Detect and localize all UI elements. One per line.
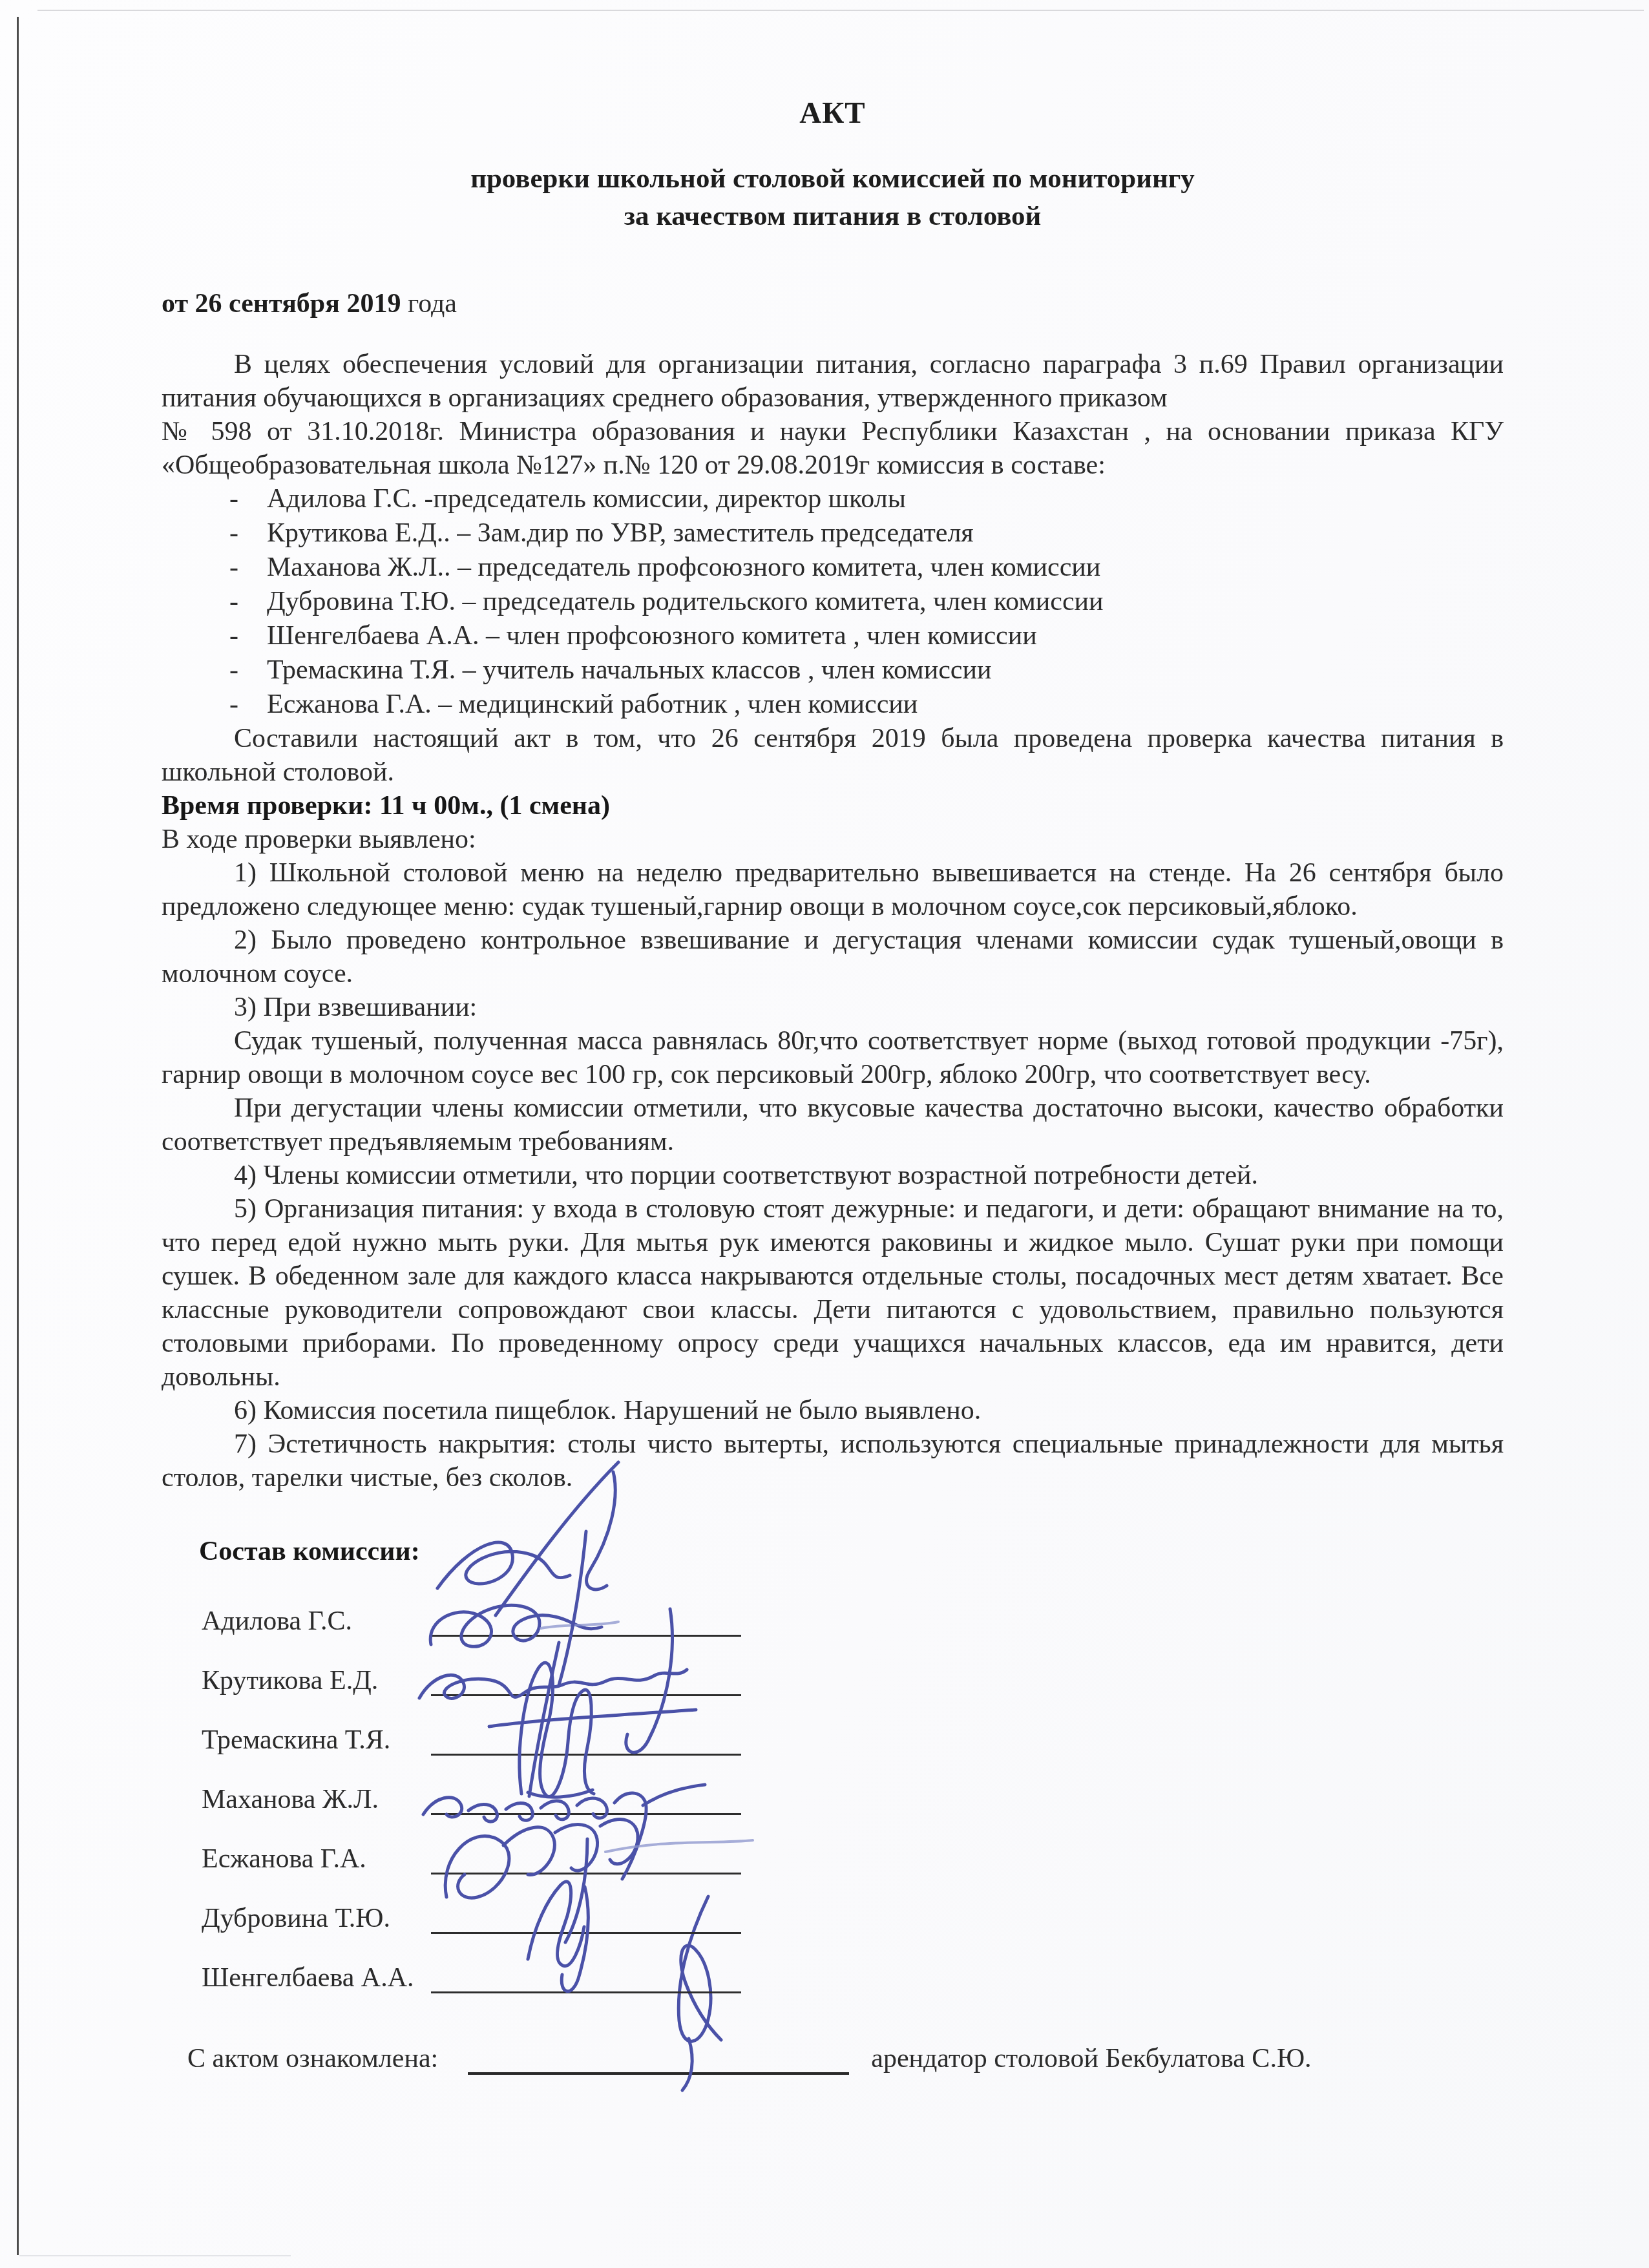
commission-heading: Состав комиссии: — [199, 1536, 1504, 1567]
scan-edge-bottom — [19, 2255, 291, 2256]
date-line: от 26 сентября 2019 года — [162, 288, 1504, 319]
member-dash: - — [162, 482, 267, 516]
signature-line — [431, 1901, 741, 1934]
date-line-bold: от 26 сентября 2019 — [162, 289, 401, 319]
date-line-tail: года — [401, 289, 456, 319]
commission-member-list: - Адилова Г.С. -председатель комиссии, д… — [162, 482, 1504, 722]
check-course-line: В ходе проверки выявлено: — [162, 823, 1504, 856]
acknowledgement-line — [468, 2040, 849, 2075]
finding-paragraph-3a: Судак тушеный, полученная масса равнялас… — [162, 1024, 1504, 1091]
signature-line — [431, 1782, 741, 1815]
commission-member-item: - Тремаскина Т.Я. – учитель начальных кл… — [162, 653, 1504, 688]
commission-member-item: - Крутикова Е.Д.. – Зам.дир по УВР, заме… — [162, 516, 1504, 551]
member-text: Есжанова Г.А. – медицинский работник , ч… — [267, 688, 1504, 722]
signature-line — [431, 1663, 741, 1696]
signatory-name: Адилова Г.С. — [202, 1606, 425, 1637]
signature-line — [431, 1604, 741, 1637]
member-text: Дубровина Т.Ю. – председатель родительск… — [267, 585, 1504, 619]
signature-row-tremaskina: Тремаскина Т.Я. — [202, 1696, 1504, 1756]
member-dash: - — [162, 688, 267, 722]
check-time-line: Время проверки: 11 ч 00м., (1 смена) — [162, 789, 1504, 823]
finding-paragraph-6: 6) Комиссия посетила пищеблок. Нарушений… — [162, 1394, 1504, 1427]
finding-paragraph-2: 2) Было проведено контрольное взвешивани… — [162, 923, 1504, 991]
finding-paragraph-4: 4) Члены комиссии отметили, что порции с… — [162, 1159, 1504, 1192]
commission-member-item: - Есжанова Г.А. – медицинский работник ,… — [162, 688, 1504, 722]
member-dash: - — [162, 551, 267, 585]
member-dash: - — [162, 516, 267, 551]
document-title: АКТ — [162, 96, 1504, 131]
signature-line — [431, 1842, 741, 1874]
member-dash: - — [162, 619, 267, 653]
subtitle-line-1: проверки школьной столовой комиссией по … — [162, 160, 1504, 198]
intro-paragraph-2: № 598 от 31.10.2018г. Министра образован… — [162, 415, 1504, 482]
member-dash: - — [162, 653, 267, 688]
member-text: Шенгелбаева А.А. – член профсоюзного ком… — [267, 619, 1504, 653]
finding-paragraph-5: 5) Организация питания: у входа в столов… — [162, 1192, 1504, 1394]
signature-line — [431, 1960, 741, 1993]
signatory-name: Тремаскина Т.Я. — [202, 1725, 425, 1756]
member-text: Адилова Г.С. -председатель комиссии, дир… — [267, 482, 1504, 516]
document-content: АКТ проверки школьной столовой комиссией… — [162, 0, 1504, 2075]
commission-member-item: - Адилова Г.С. -председатель комиссии, д… — [162, 482, 1504, 516]
scanned-document-page: АКТ проверки школьной столовой комиссией… — [0, 0, 1649, 2268]
document-subtitle: проверки школьной столовой комиссией по … — [162, 160, 1504, 235]
paragraph-sostavili: Составили настоящий акт в том, что 26 се… — [162, 722, 1504, 789]
intro-paragraph-1: В целях обеспечения условий для организа… — [162, 348, 1504, 415]
finding-paragraph-3: 3) При взвешивании: — [162, 991, 1504, 1024]
signatory-name: Маханова Ж.Л. — [202, 1784, 425, 1815]
finding-paragraph-1: 1) Школьной столовой меню на неделю пред… — [162, 856, 1504, 923]
signatory-name: Дубровина Т.Ю. — [202, 1903, 425, 1934]
commission-member-item: - Маханова Ж.Л.. – председатель профсоюз… — [162, 551, 1504, 585]
subtitle-line-2: за качеством питания в столовой — [162, 198, 1504, 235]
signatory-name: Шенгелбаева А.А. — [202, 1962, 425, 1993]
signatory-name: Крутикова Е.Д. — [202, 1665, 425, 1696]
signature-row-krutikova: Крутикова Е.Д. — [202, 1637, 1504, 1696]
acknowledgement-role: арендатор столовой Бекбулатова С.Ю. — [871, 2042, 1311, 2075]
signature-line — [431, 1723, 741, 1756]
member-text: Крутикова Е.Д.. – Зам.дир по УВР, замест… — [267, 516, 1504, 551]
signature-row-adilova: Адилова Г.С. — [202, 1577, 1504, 1637]
finding-paragraph-3b: При дегустации члены комиссии отметили, … — [162, 1091, 1504, 1159]
member-text: Маханова Ж.Л.. – председатель профсоюзно… — [267, 551, 1504, 585]
member-text: Тремаскина Т.Я. – учитель начальных клас… — [267, 653, 1504, 688]
signatory-name: Есжанова Г.А. — [202, 1843, 425, 1874]
scan-edge-left — [17, 17, 19, 2255]
signature-row-makhanova: Маханова Ж.Л. — [202, 1756, 1504, 1815]
signature-row-dubrovina: Дубровина Т.Ю. — [202, 1874, 1504, 1934]
member-dash: - — [162, 585, 267, 619]
acknowledgement-label: С актом ознакомлена: — [187, 2042, 438, 2075]
commission-member-item: - Шенгелбаева А.А. – член профсоюзного к… — [162, 619, 1504, 653]
commission-member-item: - Дубровина Т.Ю. – председатель родитель… — [162, 585, 1504, 619]
acknowledgement-row: С актом ознакомлена: арендатор столовой … — [187, 2040, 1504, 2075]
signature-row-shengelbaeva: Шенгелбаева А.А. — [202, 1934, 1504, 1993]
finding-paragraph-7: 7) Эстетичность накрытия: столы чисто вы… — [162, 1427, 1504, 1495]
signature-row-eszhanova: Есжанова Г.А. — [202, 1815, 1504, 1874]
